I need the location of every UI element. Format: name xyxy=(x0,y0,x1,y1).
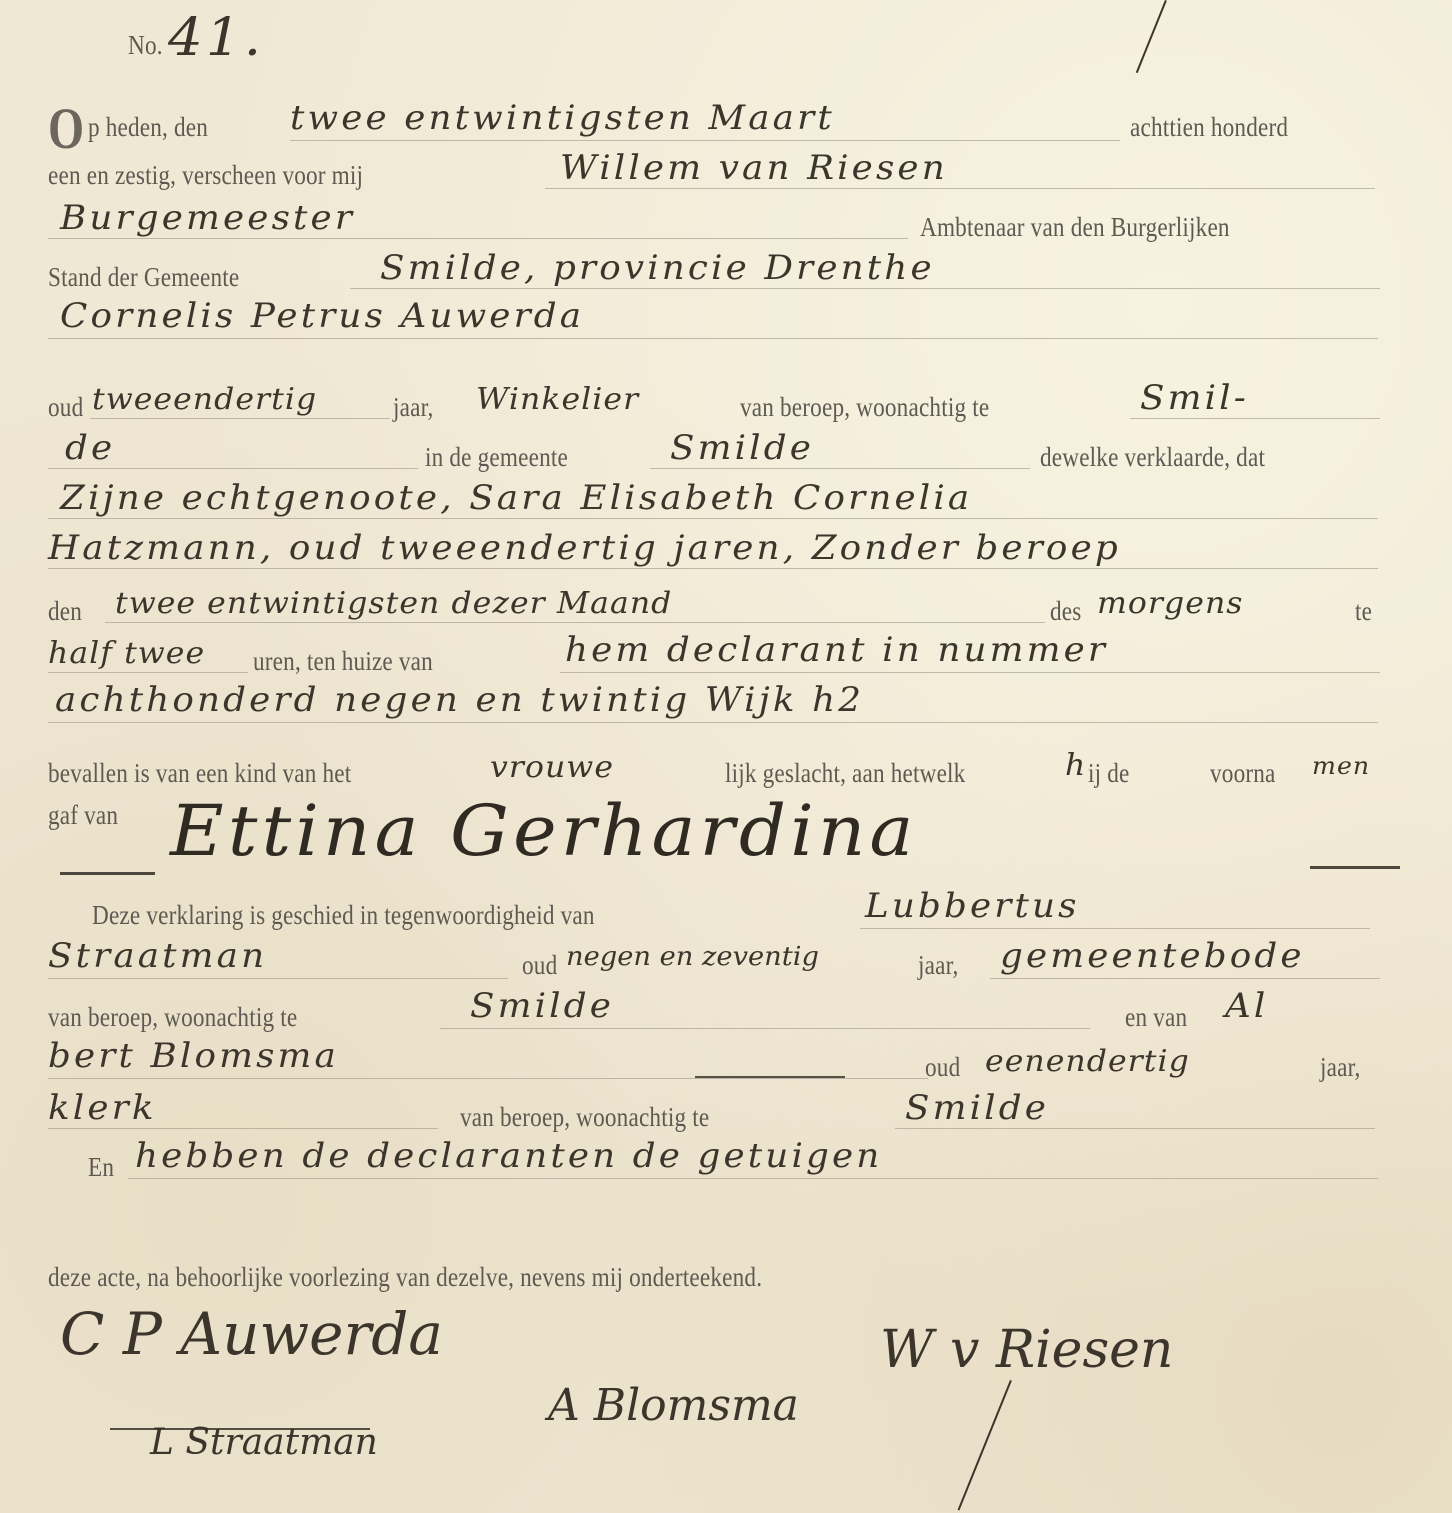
signature-father: C P Auwerda xyxy=(60,1300,443,1368)
printed-text: in de gemeente xyxy=(425,442,568,473)
handwritten-title: Burgemeester xyxy=(60,198,355,238)
fill-line xyxy=(48,518,1378,519)
handwritten-sex: vrouwe xyxy=(490,750,614,785)
printed-text: en van xyxy=(1125,1002,1187,1033)
witness1-residence: Smilde xyxy=(470,986,614,1026)
fill-line xyxy=(48,1078,928,1079)
fill-line xyxy=(48,338,1378,339)
fill-line xyxy=(545,188,1375,189)
handwritten-municipality: Smilde xyxy=(670,428,814,468)
fill-line xyxy=(128,1178,1378,1179)
printed-text: een en zestig, verscheen voor mij xyxy=(48,160,363,191)
printed-closing: deze acte, na behoorlijke voorlezing van… xyxy=(48,1262,762,1293)
printed-text: voorna xyxy=(1210,758,1276,789)
signature-stroke xyxy=(958,1380,1012,1511)
fill-line xyxy=(105,622,1045,623)
witness1-first-name: Lubbertus xyxy=(865,886,1080,926)
printed-text: jaar, xyxy=(918,950,959,981)
handwritten-residence-cont: de xyxy=(65,428,115,468)
printed-text: te xyxy=(1355,596,1372,627)
handwritten-residence: Smil- xyxy=(1140,378,1249,418)
fill-line xyxy=(48,978,508,979)
fill-line xyxy=(895,1128,1375,1129)
witness2-first-name: Al xyxy=(1225,986,1269,1026)
printed-text: p heden, den xyxy=(88,112,208,143)
witness2-age: eenendertig xyxy=(985,1044,1190,1079)
printed-text: Ambtenaar van den Burgerlijken xyxy=(920,212,1230,243)
fill-line xyxy=(48,468,418,469)
printed-text: van beroep, woonachtig te xyxy=(48,1002,297,1033)
handwritten-hour: half twee xyxy=(48,636,205,671)
printed-text: oud xyxy=(522,950,557,981)
witness1-age: negen en zeventig xyxy=(566,942,819,972)
printed-text: des xyxy=(1050,596,1081,627)
handwritten-house: hem declarant in nummer xyxy=(565,630,1108,670)
printed-text: Stand der Gemeente xyxy=(48,262,239,293)
witness2-surname: bert Blomsma xyxy=(48,1036,339,1076)
signature-witness-blomsma: A Blomsma xyxy=(548,1380,799,1431)
printed-text: En xyxy=(88,1152,114,1183)
dash-filler xyxy=(695,1076,845,1078)
handwritten-suffix: men xyxy=(1312,752,1370,780)
printed-text: jaar, xyxy=(1320,1052,1361,1083)
printed-text: lijk geslacht, aan hetwelk xyxy=(725,758,965,789)
record-number-value: 41. xyxy=(168,8,264,68)
printed-text: uren, ten huize van xyxy=(253,646,433,677)
signature-underline xyxy=(110,1428,370,1430)
printed-text: den xyxy=(48,596,82,627)
fill-line xyxy=(48,238,908,239)
handwritten-correction: h xyxy=(1065,748,1086,783)
handwritten-time-of-day: morgens xyxy=(1097,586,1244,621)
fill-line xyxy=(290,140,1120,141)
printed-text: achttien honderd xyxy=(1130,112,1288,143)
fill-line xyxy=(48,568,1378,569)
fill-line xyxy=(48,722,1378,723)
printed-text: van beroep, woonachtig te xyxy=(740,392,989,423)
witness1-surname: Straatman xyxy=(48,936,267,976)
witness2-occupation: klerk xyxy=(48,1088,157,1128)
child-given-names: Ettina Gerhardina xyxy=(170,790,918,872)
fill-line xyxy=(90,418,390,419)
printed-text: dewelke verklaarde, dat xyxy=(1040,442,1265,473)
handwritten-address: achthonderd negen en twintig Wijk h2 xyxy=(55,680,864,720)
handwritten-official-name: Willem van Riesen xyxy=(560,148,948,188)
fill-line xyxy=(1130,418,1380,419)
fill-line xyxy=(990,978,1380,979)
handwritten-date: twee entwintigsten Maart xyxy=(290,98,835,138)
handwritten-signing-clause: hebben de declaranten de getuigen xyxy=(135,1136,882,1176)
printed-text: gaf van xyxy=(48,800,118,831)
record-number-label: No. xyxy=(128,30,163,61)
handwritten-father-name: Cornelis Petrus Auwerda xyxy=(60,296,584,336)
handwritten-municipality: Smilde, provincie Drenthe xyxy=(380,248,935,288)
birth-record-page: No. 41. O p heden, den twee entwintigste… xyxy=(0,0,1452,1513)
handwritten-mother-details: Hatzmann, oud tweeendertig jaren, Zonder… xyxy=(48,528,1121,568)
printed-text: ij de xyxy=(1088,758,1129,789)
printed-text: bevallen is van een kind van het xyxy=(48,758,351,789)
margin-stroke xyxy=(1136,0,1167,73)
fill-line xyxy=(48,1128,438,1129)
witness1-occupation: gemeentebode xyxy=(1000,936,1305,976)
handwritten-mother-name: Zijne echtgenoote, Sara Elisabeth Cornel… xyxy=(60,478,972,518)
printed-text: jaar, xyxy=(393,392,434,423)
fill-line xyxy=(860,928,1370,929)
printed-text: oud xyxy=(925,1052,960,1083)
dash-right xyxy=(1310,866,1400,869)
handwritten-age: tweeendertig xyxy=(92,382,317,417)
handwritten-occupation: Winkelier xyxy=(476,382,639,417)
fill-line xyxy=(350,288,1380,289)
printed-text: oud xyxy=(48,392,83,423)
witness2-residence: Smilde xyxy=(905,1088,1049,1128)
fill-line xyxy=(560,672,1380,673)
dash-left xyxy=(60,872,155,875)
printed-text: van beroep, woonachtig te xyxy=(460,1102,709,1133)
signature-registrar: W v Riesen xyxy=(880,1320,1173,1380)
fill-line xyxy=(650,468,1030,469)
drop-cap: O xyxy=(48,100,84,158)
fill-line xyxy=(440,1028,1090,1029)
fill-line xyxy=(48,672,248,673)
printed-text: Deze verklaring is geschied in tegenwoor… xyxy=(92,900,595,931)
handwritten-birth-date: twee entwintigsten dezer Maand xyxy=(115,586,672,621)
